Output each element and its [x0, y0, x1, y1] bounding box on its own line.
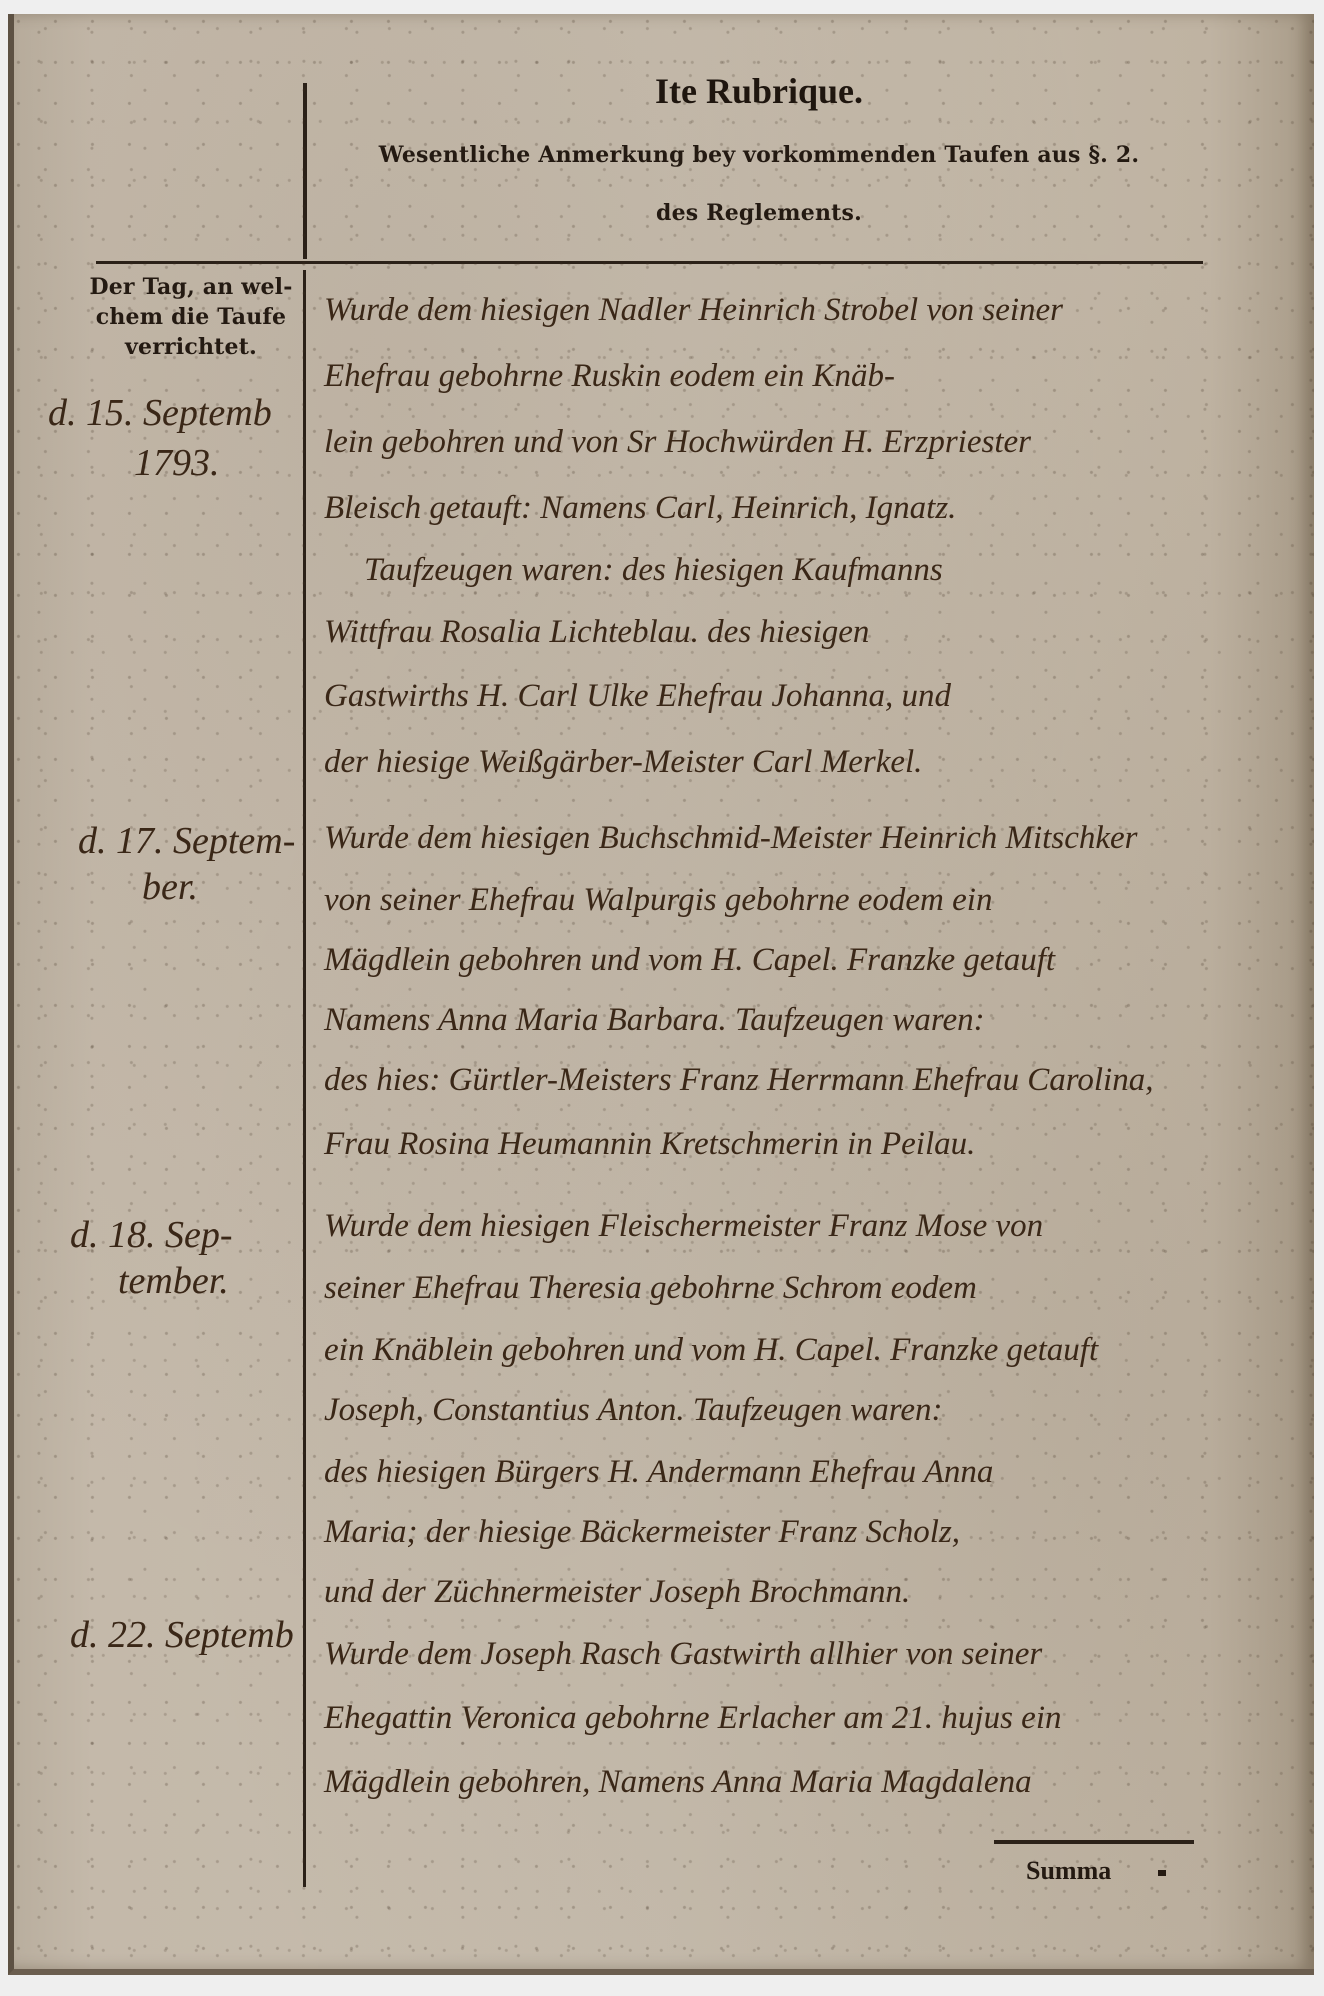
- entry-text-line: Maria; der hiesige Bäckermeister Franz S…: [324, 1514, 960, 1551]
- entry-date: d. 15. Septemb: [48, 392, 272, 434]
- entry-text-line: von seiner Ehefrau Walpurgis gebohrne eo…: [324, 882, 992, 919]
- entry-date: d. 22. Septemb: [70, 1614, 294, 1656]
- date-column-header: Der Tag, an wel- chem die Taufe verricht…: [82, 272, 300, 362]
- entry-text-line: Mägdlein gebohren und vom H. Capel. Fran…: [324, 942, 1055, 979]
- entry-text-line: seiner Ehefrau Theresia gebohrne Schrom …: [324, 1270, 977, 1307]
- entry-date-continued: tember.: [118, 1260, 229, 1302]
- entry-date: d. 17. Septem-: [78, 820, 295, 862]
- entry-text-line: und der Züchnermeister Joseph Brochmann.: [324, 1574, 910, 1611]
- summa-rule: [994, 1840, 1194, 1844]
- header-vertical-rule: [303, 83, 307, 259]
- summa-mark: [1158, 1870, 1166, 1876]
- entry-text-line: Wurde dem hiesigen Fleischermeister Fran…: [324, 1208, 1043, 1245]
- entry-text-line: Bleisch getauft: Namens Carl, Heinrich, …: [324, 490, 956, 527]
- entry-text-line: Joseph, Constantius Anton. Taufzeugen wa…: [324, 1392, 942, 1429]
- date-column-header-line: Der Tag, an wel-: [82, 272, 300, 302]
- entry-text-line: Ehefrau gebohrne Ruskin eodem ein Knäb-: [324, 358, 895, 395]
- entry-text-line: Mägdlein gebohren, Namens Anna Maria Mag…: [324, 1764, 1032, 1801]
- summa-label: Summa: [1026, 1856, 1111, 1886]
- entry-text-line: Ehegattin Veronica gebohrne Erlacher am …: [324, 1700, 1062, 1737]
- entry-text-line: Wittfrau Rosalia Lichteblau. des hiesige…: [324, 614, 869, 651]
- date-column-divider: [303, 270, 306, 1887]
- entry-text-line: des hies: Gürtler-Meisters Franz Herrman…: [324, 1062, 1153, 1099]
- date-column-header-line: chem die Taufe: [82, 302, 300, 332]
- entry-text-line: Taufzeugen waren: des hiesigen Kaufmanns: [364, 552, 943, 589]
- entry-text-line: Gastwirths H. Carl Ulke Ehefrau Johanna,…: [324, 678, 951, 715]
- page-title: Ite Rubrique.: [314, 70, 1204, 112]
- entry-text-line: des hiesigen Bürgers H. Andermann Ehefra…: [324, 1454, 993, 1491]
- entry-text-line: Wurde dem hiesigen Buchschmid-Meister He…: [324, 820, 1137, 857]
- entry-text-line: ein Knäblein gebohren und vom H. Capel. …: [324, 1332, 1098, 1369]
- entry-year: 1793.: [134, 442, 220, 484]
- page-subtitle-continued: des Reglements.: [314, 200, 1204, 226]
- entry-text-line: lein gebohren und von Sr Hochwürden H. E…: [324, 424, 1031, 461]
- entry-text-line: Wurde dem Joseph Rasch Gastwirth allhier…: [324, 1636, 1042, 1673]
- page-subtitle: Wesentliche Anmerkung bey vorkommenden T…: [314, 142, 1204, 168]
- entry-date-continued: ber.: [142, 866, 198, 908]
- entry-text-line: Wurde dem hiesigen Nadler Heinrich Strob…: [324, 292, 1063, 329]
- entry-text-line: Frau Rosina Heumannin Kretschmerin in Pe…: [324, 1126, 975, 1163]
- entry-date: d. 18. Sep-: [70, 1214, 233, 1256]
- entry-text-line: der hiesige Weißgärber-Meister Carl Merk…: [324, 744, 922, 781]
- entry-text-line: Namens Anna Maria Barbara. Taufzeugen wa…: [324, 1002, 985, 1039]
- header-horizontal-rule: [96, 261, 1203, 264]
- register-page: Ite Rubrique. Wesentliche Anmerkung bey …: [8, 14, 1314, 1975]
- date-column-header-line: verrichtet.: [82, 332, 300, 362]
